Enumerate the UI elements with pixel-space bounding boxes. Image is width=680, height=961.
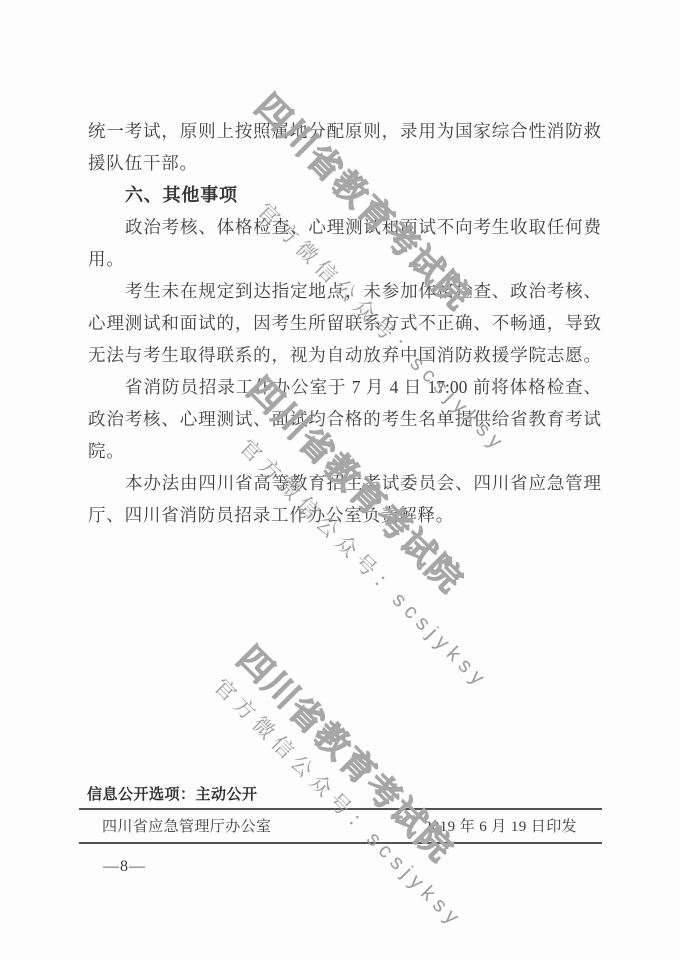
section-heading: 六、其他事项: [88, 179, 601, 211]
text-line: 省消防员招录工作办公室于 7 月 4 日 17:00 前将体格检查、: [88, 371, 601, 403]
text-line: 无法与考生取得联系的，视为自动放弃中国消防救援学院志愿。: [88, 339, 601, 371]
print-date: 2019 年 6 月 19 日印发: [424, 816, 577, 838]
horizontal-rule-bottom: [79, 842, 602, 844]
text-line: 用。: [88, 243, 601, 275]
document-page: 四川省教育考试院 官方微信公众号：scsjyksy 四川省教育考试院 官方微信公…: [0, 0, 680, 961]
text-line: 考生未在规定到达指定地点，未参加体格检查、政治考核、: [88, 275, 601, 307]
disclosure-label: 信息公开选项：主动公开: [87, 785, 258, 805]
horizontal-rule-top: [79, 808, 602, 810]
text-line: 厅、四川省消防员招录工作办公室负责解释。: [88, 499, 601, 531]
document-body: 统一考试，原则上按照属地分配原则，录用为国家综合性消防救 援队伍干部。 六、其他…: [88, 115, 601, 531]
text-line: 统一考试，原则上按照属地分配原则，录用为国家综合性消防救: [88, 115, 601, 147]
text-line: 政治考核、心理测试、面试均合格的考生名单提供给省教育考试: [88, 403, 601, 435]
text-line: 心理测试和面试的，因考生所留联系方式不正确、不畅通，导致: [88, 307, 601, 339]
text-line: 政治考核、体格检查、心理测试和面试不向考生收取任何费: [88, 211, 601, 243]
text-line: 本办法由四川省高等教育招生考试委员会、四川省应急管理: [88, 467, 601, 499]
text-line: 援队伍干部。: [88, 147, 601, 179]
page-number: —8—: [103, 856, 146, 878]
issuer-row: 四川省应急管理厅办公室 2019 年 6 月 19 日印发: [88, 816, 601, 838]
watermark-title: 四川省教育考试院: [231, 640, 501, 910]
text-line: 院。: [88, 435, 601, 467]
issuer-name: 四川省应急管理厅办公室: [102, 816, 271, 838]
